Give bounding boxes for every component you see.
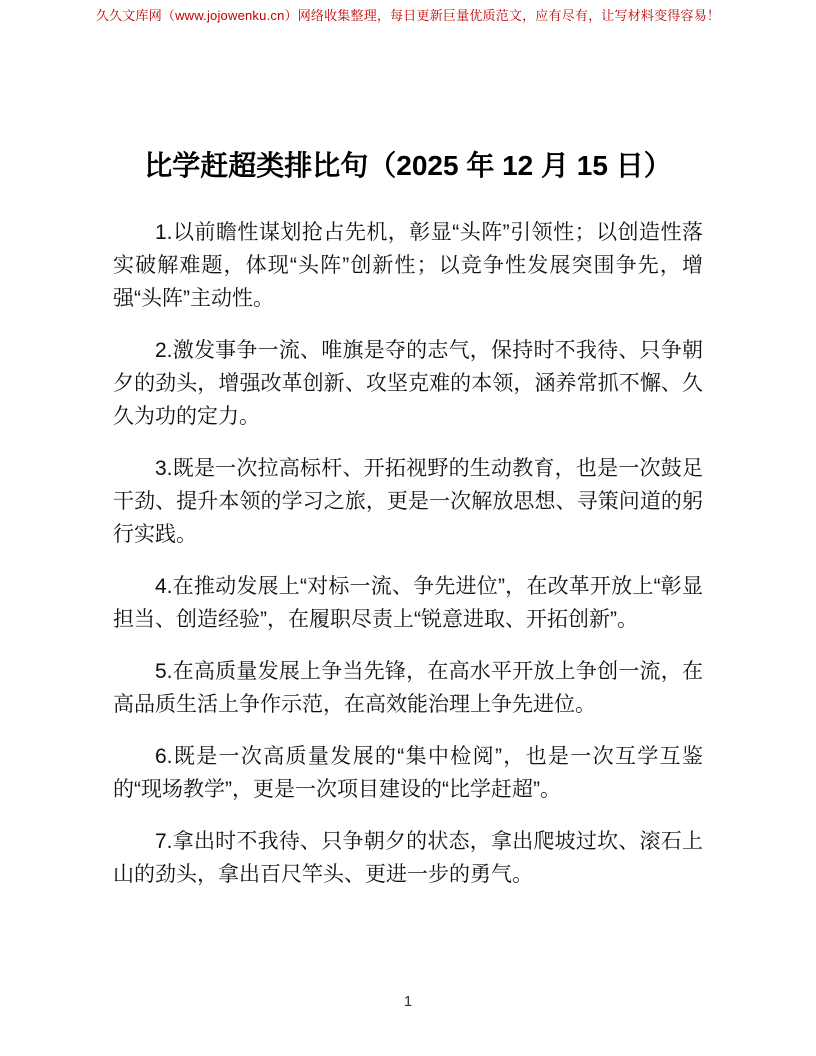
paragraph: 2.激发事争一流、唯旗是夺的志气，保持时不我待、只争朝夕的劲头，增强改革创新、攻…: [113, 334, 703, 433]
document-body: 1.以前瞻性谋划抢占先机，彰显“头阵”引领性；以创造性落实破解难题，体现“头阵”…: [113, 216, 703, 891]
paragraph: 1.以前瞻性谋划抢占先机，彰显“头阵”引领性；以创造性落实破解难题，体现“头阵”…: [113, 216, 703, 315]
page-number-label: 1: [0, 993, 816, 1010]
paragraph: 5.在高质量发展上争当先锋，在高水平开放上争创一流，在高品质生活上争作示范，在高…: [113, 655, 703, 721]
document-page: 久久文库网（www.jojowenku.cn）网络收集整理，每日更新巨量优质范文…: [0, 0, 816, 1056]
paragraph: 7.拿出时不我待、只争朝夕的状态，拿出爬坡过坎、滚石上山的劲头，拿出百尺竿头、更…: [113, 825, 703, 891]
paragraph: 4.在推动发展上“对标一流、争先进位”，在改革开放上“彰显担当、创造经验”，在履…: [113, 570, 703, 636]
document-content: 比学赶超类排比句（2025 年 12 月 15 日） 1.以前瞻性谋划抢占先机，…: [113, 0, 703, 910]
paragraph: 3.既是一次拉高标杆、开拓视野的生动教育，也是一次鼓足干劲、提升本领的学习之旅，…: [113, 452, 703, 551]
paragraph: 6.既是一次高质量发展的“集中检阅”，也是一次互学互鉴的“现场教学”，更是一次项…: [113, 740, 703, 806]
document-title: 比学赶超类排比句（2025 年 12 月 15 日）: [113, 146, 703, 186]
